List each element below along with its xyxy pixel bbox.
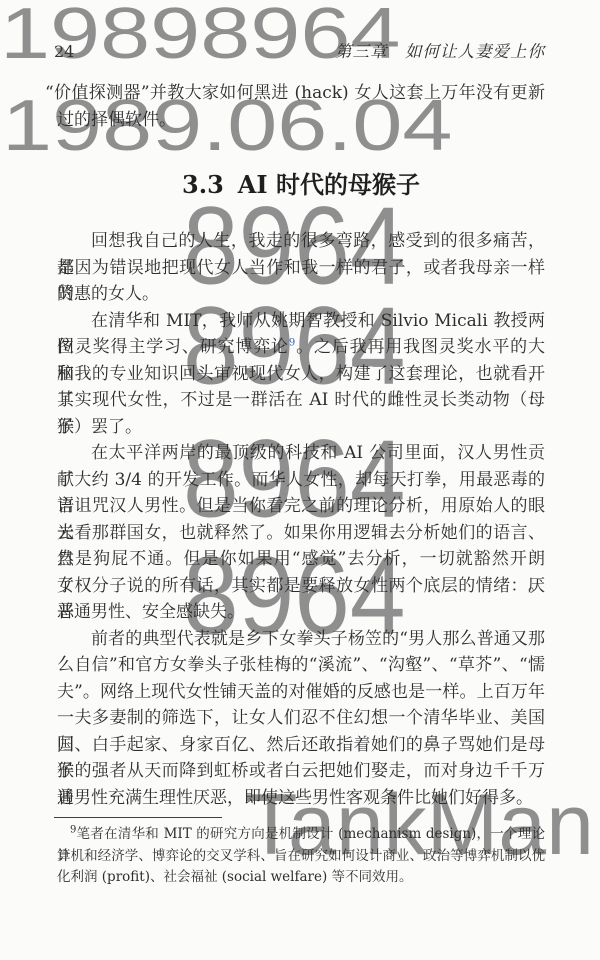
text-segment: 图灵奖得主学习、研究博弈论 (57, 337, 289, 357)
section-number: 3.3 (182, 170, 224, 199)
text-line: 夫”。网络上现代女性铺天盖的对催婚的反感也是一样。上百万年 (57, 679, 545, 706)
text-line: 贤惠的女人。 (57, 281, 545, 308)
text-line: 了大约 3/4 的开发工作。而华人女性，却每天打拳，用最恶毒的语 (57, 467, 545, 494)
footnote: 9笔者在清华和 MIT 的研究方向是机制设计 (mechanism design… (57, 824, 545, 889)
book-page: 19898964 1989.06.04 8964 8964 8964 8964 … (0, 0, 600, 960)
text-line: 子）罢了。 (57, 414, 545, 441)
text-line: 一夫多妻制的筛选下，让女人们忍不住幻想一个清华毕业、美国归 (57, 705, 545, 732)
section-heading: 3.3AI 时代的母猴子 (57, 168, 545, 202)
footnote-line: 化利润 (profit)、社会福祉 (social welfare) 等不同效用… (57, 867, 545, 889)
text-line: 前者的典型代表就是乡下女拳头子杨笠的“男人那么普通又那 (57, 626, 545, 653)
text-line: 然是狗屁不通。但是你如果用“感觉”去分析，一切就豁然开朗了。 (57, 546, 545, 573)
text-line: 女权分子说的所有话，其实都是要释放女性两个底层的情绪：厌恶 (57, 573, 545, 600)
text-line: 图灵奖得主学习、研究博弈论9。之后我再用我图灵奖水平的大脑， (57, 334, 545, 361)
footnote-line: 9笔者在清华和 MIT 的研究方向是机制设计 (mechanism design… (57, 824, 545, 846)
text-line: 子的强者从天而降到虹桥或者白云把她们娶走，而对身边千千万普 (57, 758, 545, 785)
text-line: 去看那群国女，也就释然了。如果你用逻辑去分析她们的语言、自 (57, 520, 545, 547)
text-line: 国、白手起家、身家百亿、然后还敢指着她们的鼻子骂她们是母猴 (57, 732, 545, 759)
text-line: 其实现代女性，不过是一群活在 AI 时代的雌性灵长类动物（母猴 (57, 387, 545, 414)
text-line: 通男性充满生理性厌恶，即使这些男性客观条件比她们好得多。 (57, 785, 545, 812)
running-header: 24 第三章 如何让人妻爱上你 (54, 38, 545, 62)
text-line: 言诅咒汉人男性。但是当你看完之前的理论分析，用原始人的眼光 (57, 493, 545, 520)
text-line: “价值探测器”并教大家如何黑进 (hack) 女人这套上万年没有更新 (57, 80, 545, 107)
text-line: 么自信”和官方女拳头子张桂梅的“溪流”、“沟壑”、“草芥”、“懦 (57, 652, 545, 679)
text-line: 过的择偶软件。 (57, 107, 545, 134)
footnote-line: 算机和经济学、博弈论的交叉学科、旨在研究如何设计商业、政治等博弈机制以优 (57, 846, 545, 868)
footnote-rule (54, 817, 222, 818)
text-line: 在太平洋两岸的最顶级的科技和 AI 公司里面，汉人男性贡献 (57, 440, 545, 467)
text-line: 回想我自己的人生，我走的很多弯路，感受到的很多痛苦，都 (57, 228, 545, 255)
text-line: 在清华和 MIT，我师从姚期智教授和 Silvio Micali 教授两位 (57, 308, 545, 335)
text-line: 是因为错误地把现代女人当作和我一样的君子，或者我母亲一样的 (57, 255, 545, 282)
page-number: 24 (54, 42, 74, 61)
section-title: AI 时代的母猴子 (238, 170, 420, 199)
text-line: 普通男性、安全感缺失。 (57, 599, 545, 626)
intro-paragraph: “价值探测器”并教大家如何黑进 (hack) 女人这套上万年没有更新 过的择偶软… (57, 80, 545, 133)
text-line: 和我的专业知识回头审视现代女人，构建了这套理论，也就看开了： (57, 361, 545, 388)
chapter-title: 第三章 如何让人妻爱上你 (335, 38, 545, 62)
body-text: 回想我自己的人生，我走的很多弯路，感受到的很多痛苦，都 是因为错误地把现代女人当… (57, 228, 545, 811)
